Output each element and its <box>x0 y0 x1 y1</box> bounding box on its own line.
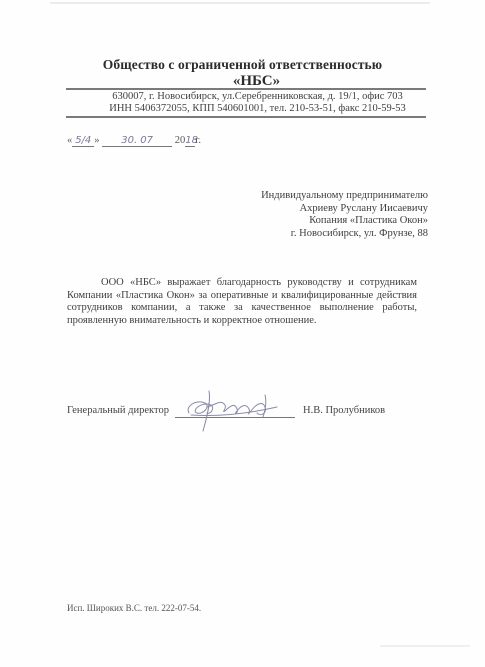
signature-row: Генеральный директор Н.В. Пролубников <box>67 403 427 433</box>
recipient-line-4: г. Новосибирск, ул. Фрунзе, 88 <box>261 228 428 241</box>
year-prefix: 20 <box>175 135 186 146</box>
handwritten-signature-icon <box>181 387 291 433</box>
letter-page: Общество с ограниченной ответственностью… <box>0 0 485 667</box>
year-suffix: 18 <box>185 135 195 147</box>
org-full-name: Общество с ограниченной ответственностью <box>0 57 485 73</box>
letter-body: ООО «НБС» выражает благодарность руковод… <box>67 277 417 327</box>
signer-title: Генеральный директор <box>67 405 169 416</box>
recipient-block: Индивидуальному предпринимателю Ахриеву … <box>261 190 428 240</box>
date-close-quote: » <box>94 135 99 146</box>
org-requisites: ИНН 5406372055, КПП 540601001, тел. 210-… <box>0 103 485 114</box>
recipient-line-1: Индивидуальному предпринимателю <box>261 190 428 203</box>
body-paragraph: ООО «НБС» выражает благодарность руковод… <box>67 277 417 327</box>
letterhead-bottom-rule <box>66 116 426 118</box>
letter-number: 5/4 <box>72 135 94 147</box>
scan-edge-artifact <box>50 2 430 4</box>
year-mark: г. <box>195 135 201 146</box>
scan-edge-artifact-bottom <box>380 645 470 647</box>
org-address: 630007, г. Новосибирск, ул.Серебренников… <box>0 91 485 102</box>
outgoing-date-line: «5/4» 30. 07 2018г. <box>67 135 201 151</box>
signer-name: Н.В. Пролубников <box>303 405 385 416</box>
executor-info: Исп. Широких В.С. тел. 222-07-54. <box>67 603 201 613</box>
letter-day-month: 30. 07 <box>102 135 172 147</box>
recipient-line-3: Копания «Пластика Окон» <box>261 215 428 228</box>
recipient-line-2: Ахриеву Руслану Иисаевичу <box>261 203 428 216</box>
letterhead-top-rule <box>66 88 426 90</box>
